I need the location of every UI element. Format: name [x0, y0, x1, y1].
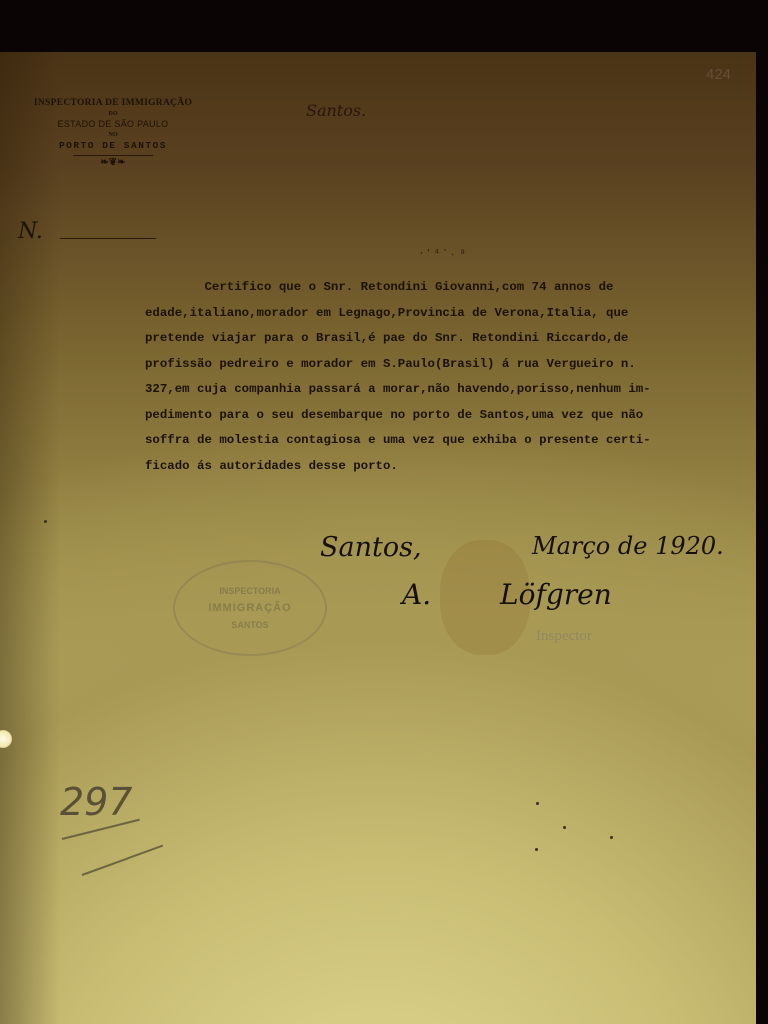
signature-name: A. Löfgren: [402, 578, 612, 611]
archive-number: 424: [706, 66, 731, 83]
body-line: Certifico que o Snr. Retondini Giovanni,…: [145, 275, 768, 301]
body-line: ficado ás autoridades desse porto.: [145, 454, 768, 480]
letterhead-port: PORTO DE SANTOS: [28, 140, 198, 151]
official-stamp: INSPECTORIA IMMIGRAÇÃO SANTOS: [173, 560, 327, 656]
body-line: edade,italiano,morador em Legnago,Provin…: [145, 301, 768, 327]
stamp-top-text: INSPECTORIA: [219, 586, 280, 596]
foxing-spot: [536, 802, 539, 805]
ornament-icon: ❧❦❧: [28, 158, 198, 168]
foxing-spot: [44, 520, 47, 523]
letterhead-rule: [73, 155, 153, 156]
paper-shadow: [0, 52, 60, 1024]
signature-title: Inspector: [536, 628, 592, 645]
body-line: pretende viajar para o Brasil,é pae do S…: [145, 326, 768, 352]
pencil-number: 297: [60, 780, 133, 824]
foxing-spot: [563, 826, 566, 829]
body-line: profissão pedreiro e morador em S.Paulo(…: [145, 352, 768, 378]
body-line: 327,em cuja companhia passará a morar,nã…: [145, 377, 768, 403]
foxing-spot: [535, 848, 538, 851]
letterhead-do: DO: [28, 111, 198, 117]
foxing-spot: [610, 836, 613, 839]
certificate-body: Certifico que o Snr. Retondini Giovanni,…: [145, 275, 768, 479]
stamp-middle-text: IMMIGRAÇÃO: [208, 602, 291, 614]
body-line: pedimento para o seu desembarque no port…: [145, 403, 768, 429]
stamp-bottom-text: SANTOS: [231, 620, 268, 630]
letterhead-state: ESTADO DE SÃO PAULO: [28, 119, 198, 129]
letterhead-title: INSPECTORIA DE IMMIGRAÇÃO: [28, 98, 198, 108]
ink-marks: ⸱ʼ⁴ˋ˴⁹: [420, 246, 468, 261]
number-field-line: [60, 238, 156, 239]
printed-place: Santos.: [306, 101, 366, 120]
number-label: N.: [18, 219, 43, 244]
signature-date: Março de 1920.: [532, 532, 724, 560]
letterhead: INSPECTORIA DE IMMIGRAÇÃO DO ESTADO DE S…: [28, 98, 198, 168]
body-line: soffra de molestia contagiosa e uma vez …: [145, 428, 768, 454]
letterhead-no: NO: [28, 132, 198, 138]
signature-place: Santos,: [320, 532, 422, 563]
